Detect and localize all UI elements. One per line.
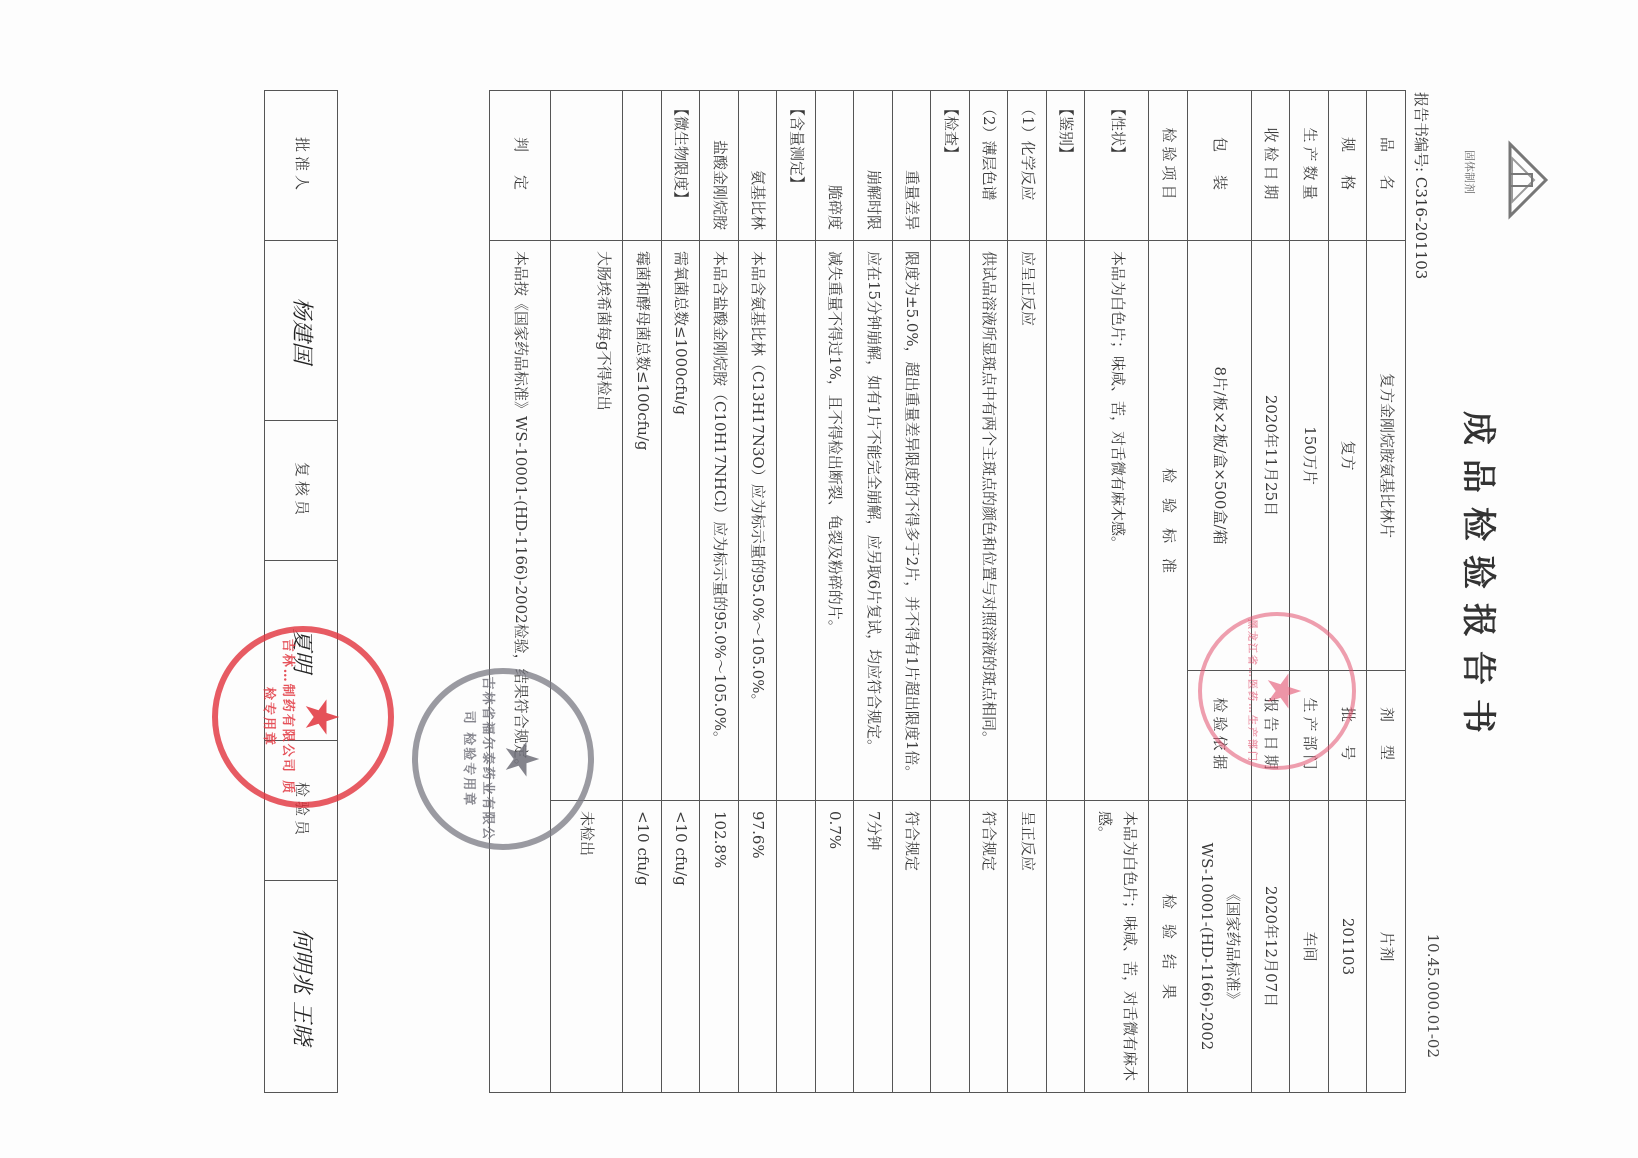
test-result: 本品为白色片；味咸、苦，对舌微有麻木感。 xyxy=(1085,801,1149,1093)
row-packaging: 包 装 8片/板×2板/盒×500盒/箱 检验依据 《国家药品标准》 WS-10… xyxy=(1188,91,1252,1093)
label-receive-date: 收检日期 xyxy=(1252,91,1291,241)
header-item: 检验项目 xyxy=(1149,91,1188,241)
test-row: 盐酸金刚烷胺 本品含盐酸金刚烷胺（C10H17NHCl）应为标示量的95.0%～… xyxy=(700,91,739,1093)
value-product-name: 复方金刚烷胺氨基比林片 xyxy=(1367,241,1406,671)
test-result: 符合规定 xyxy=(970,801,1009,1093)
value-batch: 201103 xyxy=(1329,801,1368,1093)
signature-table: 批准人 杨建国 复核员 夏明 检验员 何明兆 王晓 xyxy=(264,90,338,1093)
label-batch: 批 号 xyxy=(1329,671,1368,801)
value-basis: 《国家药品标准》 WS-10001-(HD-1166)-2002 xyxy=(1188,801,1252,1093)
test-standard xyxy=(931,241,970,801)
test-row: 氨基比林 本品含氨基比林（C13H17N3O）应为标示量的95.0%～105.0… xyxy=(739,91,778,1093)
signature-inspector: 何明兆 王晓 xyxy=(265,881,338,1093)
test-standard: 需氧菌总数≤1000cfu/g xyxy=(662,241,701,801)
test-item: 盐酸金刚烷胺 xyxy=(700,91,739,241)
test-standard: 减失重量不得过1%，且不得检出断裂、龟裂及粉碎的片。 xyxy=(816,241,855,801)
test-item: 重量差异 xyxy=(893,91,932,241)
test-row: （1）化学反应 应呈正反应 呈正反应 xyxy=(1008,91,1047,1093)
label-spec: 规 格 xyxy=(1329,91,1368,241)
test-item: 崩解时限 xyxy=(854,91,893,241)
test-standard: 霉菌和酵母菌总数≤100cfu/g xyxy=(623,241,662,801)
row-conclusion: 判 定 本品按《国家药品标准》WS-10001-(HD-1166)-2002检验… xyxy=(490,91,551,1093)
value-conclusion: 本品按《国家药品标准》WS-10001-(HD-1166)-2002检验，结果符… xyxy=(490,241,551,1093)
label-product-name: 品 名 xyxy=(1367,91,1406,241)
value-receive-date: 2020年11月25日 xyxy=(1252,241,1291,671)
test-standard: 应呈正反应 xyxy=(1008,241,1047,801)
test-item: 【性状】 xyxy=(1085,91,1149,241)
test-item: （1）化学反应 xyxy=(1008,91,1047,241)
test-item: （2）薄层色谱 xyxy=(970,91,1009,241)
row-signatures: 批准人 杨建国 复核员 夏明 检验员 何明兆 王晓 xyxy=(265,91,338,1093)
test-standard xyxy=(777,241,816,801)
label-quantity: 生产数量 xyxy=(1290,91,1329,241)
row-spec: 规 格 复方 批 号 201103 xyxy=(1329,91,1368,1093)
test-result xyxy=(1047,801,1086,1093)
test-standard: 限度为±5.0%，超出重量差异限度的不得多于2片，并不得有1片超出限度1倍。 xyxy=(893,241,932,801)
test-row: 大肠埃希菌每g不得检出 未检出 xyxy=(551,91,624,1093)
report-table: 品 名 复方金刚烷胺氨基比林片 剂 型 片剂 规 格 复方 批 号 201103… xyxy=(489,90,1406,1093)
row-quantity: 生产数量 150万片 生产部门 车间 xyxy=(1290,91,1329,1093)
test-item: 氨基比林 xyxy=(739,91,778,241)
test-standard: 本品为白色片；味咸、苦，对舌微有麻木感。 xyxy=(1085,241,1149,801)
test-row: 【含量测定】 xyxy=(777,91,816,1093)
label-approver: 批准人 xyxy=(265,91,338,241)
label-conclusion: 判 定 xyxy=(490,91,551,241)
test-standard xyxy=(1047,241,1086,801)
value-spec: 复方 xyxy=(1329,241,1368,671)
test-result: 未检出 xyxy=(551,801,624,1093)
test-row: 【微生物限度】 需氧菌总数≤1000cfu/g <10 cfu/g xyxy=(662,91,701,1093)
report-number-value: C316-201103 xyxy=(1412,177,1430,279)
label-packaging: 包 装 xyxy=(1188,91,1252,241)
label-dosage-form: 剂 型 xyxy=(1367,671,1406,801)
test-item xyxy=(551,91,624,241)
row-column-headers: 检验项目 检 验 标 准 检 验 结 果 xyxy=(1149,91,1188,1093)
test-result xyxy=(931,801,970,1093)
test-result: <10 cfu/g xyxy=(662,801,701,1093)
test-row: 【性状】 本品为白色片；味咸、苦，对舌微有麻木感。 本品为白色片；味咸、苦，对舌… xyxy=(1085,91,1149,1093)
test-result: 7分钟 xyxy=(854,801,893,1093)
header-result: 检 验 结 果 xyxy=(1149,801,1188,1093)
test-row: （2）薄层色谱 供试品溶液所显斑点中有两个主斑点的颜色和位置与对照溶液的斑点相同… xyxy=(970,91,1009,1093)
row-dates: 收检日期 2020年11月25日 报告日期 2020年12月07日 xyxy=(1252,91,1291,1093)
test-result: <10 cfu/g xyxy=(623,801,662,1093)
value-quantity: 150万片 xyxy=(1290,241,1329,671)
test-row: 【检查】 xyxy=(931,91,970,1093)
test-result: 呈正反应 xyxy=(1008,801,1047,1093)
inspection-report-page: 固体制剂 成品检验报告书 10.45.000.01-02 报告书编号: C316… xyxy=(0,0,1638,1158)
test-item: 【微生物限度】 xyxy=(662,91,701,241)
test-row: 脆碎度 减失重量不得过1%，且不得检出断裂、龟裂及粉碎的片。 0.7% xyxy=(816,91,855,1093)
value-packaging: 8片/板×2板/盒×500盒/箱 xyxy=(1188,241,1252,671)
test-row: 【鉴别】 xyxy=(1047,91,1086,1093)
test-item xyxy=(623,91,662,241)
test-row: 崩解时限 应在15分钟崩解，如有1片不能完全崩解，应另取6片复试，均应符合规定。… xyxy=(854,91,893,1093)
basis-line-1: 《国家药品标准》 xyxy=(1220,811,1246,1082)
value-dosage-form: 片剂 xyxy=(1367,801,1406,1093)
label-department: 生产部门 xyxy=(1290,671,1329,801)
label-inspector: 检验员 xyxy=(265,741,338,881)
test-row: 霉菌和酵母菌总数≤100cfu/g <10 cfu/g xyxy=(623,91,662,1093)
report-number: 报告书编号: C316-201103 xyxy=(1411,92,1432,279)
signature-approver: 杨建国 xyxy=(265,241,338,421)
test-standard: 供试品溶液所显斑点中有两个主斑点的颜色和位置与对照溶液的斑点相同。 xyxy=(970,241,1009,801)
label-basis: 检验依据 xyxy=(1188,671,1252,801)
test-standard: 本品含盐酸金刚烷胺（C10H17NHCl）应为标示量的95.0%～105.0%。 xyxy=(700,241,739,801)
header-standard: 检 验 标 准 xyxy=(1149,241,1188,801)
signature-reviewer: 夏明 xyxy=(265,561,338,741)
value-report-date: 2020年12月07日 xyxy=(1252,801,1291,1093)
test-item: 【含量测定】 xyxy=(777,91,816,241)
value-department: 车间 xyxy=(1290,801,1329,1093)
test-result xyxy=(777,801,816,1093)
label-report-date: 报告日期 xyxy=(1252,671,1291,801)
test-row: 重量差异 限度为±5.0%，超出重量差异限度的不得多于2片，并不得有1片超出限度… xyxy=(893,91,932,1093)
test-item: 【检查】 xyxy=(931,91,970,241)
test-result: 97.6% xyxy=(739,801,778,1093)
test-standard: 大肠埃希菌每g不得检出 xyxy=(551,241,624,801)
test-item: 脆碎度 xyxy=(816,91,855,241)
report-title: 成品检验报告书 xyxy=(1457,0,1506,1158)
document-code: 10.45.000.01-02 xyxy=(1424,934,1442,1058)
test-result: 102.8% xyxy=(700,801,739,1093)
test-standard: 本品含氨基比林（C13H17N3O）应为标示量的95.0%～105.0%。 xyxy=(739,241,778,801)
label-reviewer: 复核员 xyxy=(265,421,338,561)
row-product: 品 名 复方金刚烷胺氨基比林片 剂 型 片剂 xyxy=(1367,91,1406,1093)
test-standard: 应在15分钟崩解，如有1片不能完全崩解，应另取6片复试，均应符合规定。 xyxy=(854,241,893,801)
report-number-label: 报告书编号: xyxy=(1412,92,1430,172)
test-result: 符合规定 xyxy=(893,801,932,1093)
test-item: 【鉴别】 xyxy=(1047,91,1086,241)
test-result: 0.7% xyxy=(816,801,855,1093)
basis-line-2: WS-10001-(HD-1166)-2002 xyxy=(1194,811,1220,1082)
